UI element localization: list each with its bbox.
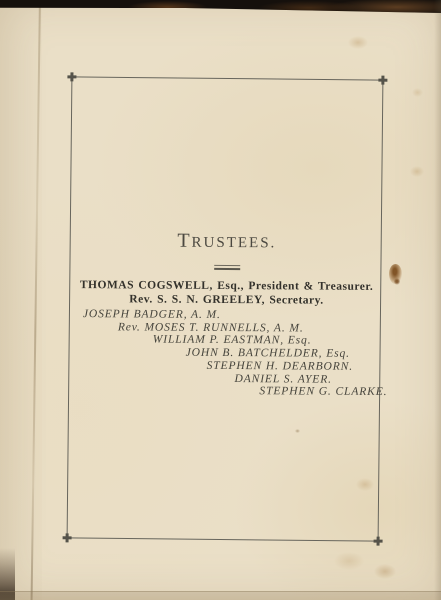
age-spot — [374, 564, 396, 579]
page-right-edge-shade — [434, 0, 441, 600]
trustee-name: Rev. MOSES T. RUNNELLS, A. M. — [118, 321, 304, 334]
trustee-name: DANIEL S. AYER. — [234, 373, 331, 386]
title-divider — [214, 265, 240, 270]
officer-line-president: THOMAS COGSWELL, Esq., President & Treas… — [6, 279, 441, 294]
age-spot — [394, 278, 400, 285]
trustee-name: JOSEPH BADGER, A. M. — [83, 308, 221, 321]
scanned-book-page: TRUSTEES. THOMAS COGSWELL, Esq., Preside… — [0, 0, 441, 600]
age-spot — [334, 552, 364, 570]
age-spot — [412, 88, 423, 97]
trustee-name: STEPHEN H. DEARBORN. — [207, 360, 353, 373]
trustee-name: WILLIAM P. EASTMAN, Esq. — [153, 334, 312, 347]
age-spot — [348, 36, 368, 49]
officer-line-secretary: Rev. S. S. N. GREELEY, Secretary. — [6, 292, 441, 307]
age-spot — [356, 478, 374, 491]
page-bottom-sheet-edge — [0, 591, 441, 600]
age-spot — [410, 166, 424, 177]
trustee-name: STEPHEN G. CLARKE. — [259, 385, 387, 398]
age-spot — [295, 429, 300, 433]
page-content: TRUSTEES. THOMAS COGSWELL, Esq., Preside… — [4, 0, 441, 600]
page-title: TRUSTEES. — [6, 229, 441, 255]
trustee-name: JOHN B. BATCHELDER, Esq. — [186, 347, 350, 360]
